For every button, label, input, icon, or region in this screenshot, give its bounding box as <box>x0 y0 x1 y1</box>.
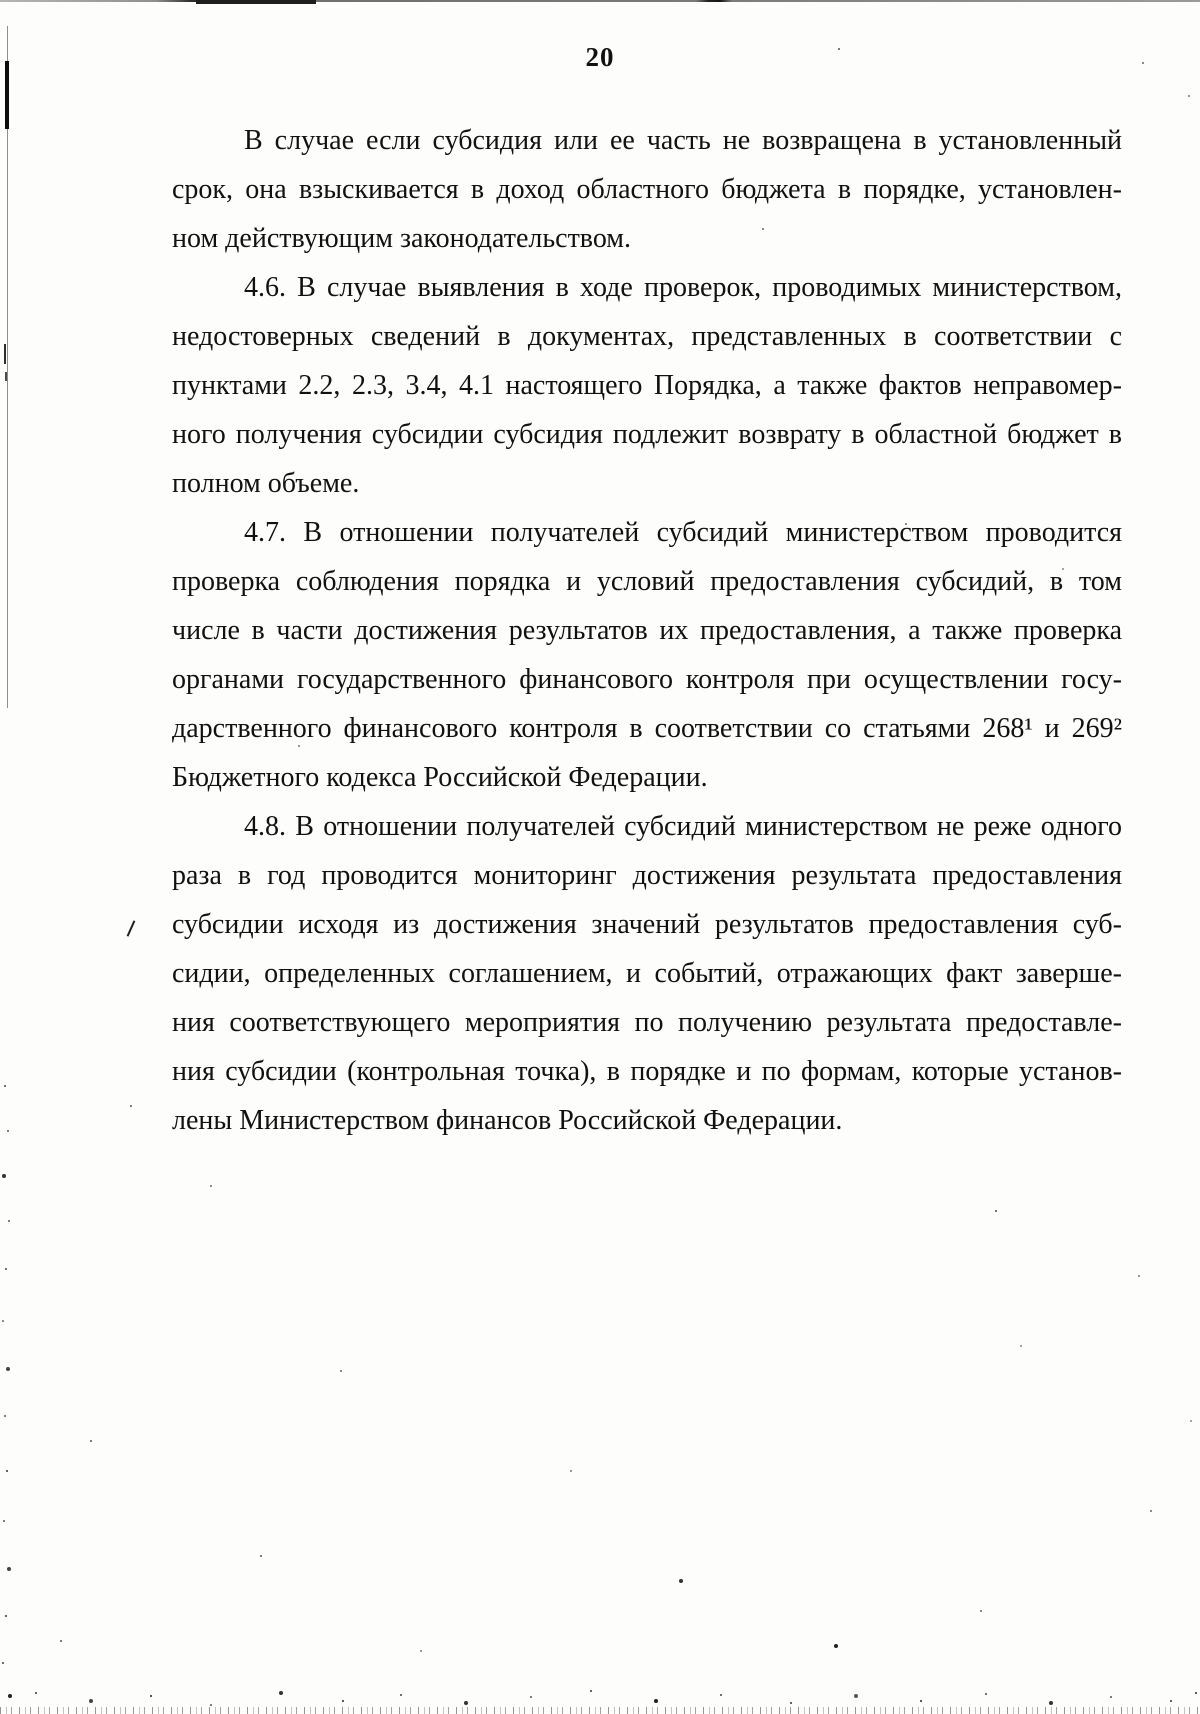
text-line: раза в год проводится мониторинг достиже… <box>172 851 1122 900</box>
text-line: срок, она взыскивается в доход областног… <box>172 165 1122 214</box>
document-page: 20 В случае если субсидия или ее часть н… <box>0 0 1200 1714</box>
text-line: дарственного финансового контроля в соот… <box>172 704 1122 753</box>
paragraph-4-8: 4.8. В отношении получателей субсидий ми… <box>172 802 1122 1145</box>
text-line: числе в части достижения результатов их … <box>172 606 1122 655</box>
text-line: В случае если субсидия или ее часть не в… <box>172 116 1122 165</box>
text-line: ния соответствующего мероприятия по полу… <box>172 998 1122 1047</box>
paragraph-4-6: 4.6. В случае выявления в ходе проверок,… <box>172 263 1122 508</box>
text-line: ния субсидии (контрольная точка), в поря… <box>172 1047 1122 1096</box>
text-line: 4.8. В отношении получателей субсидий ми… <box>172 802 1122 851</box>
text-line: Бюджетного кодекса Российской Федерации. <box>172 753 1122 802</box>
scan-artifact-top-border-dark-segment <box>196 0 316 4</box>
text-line: субсидии исходя из достижения значений р… <box>172 900 1122 949</box>
text-line: пунктами 2.2, 2.3, 3.4, 4.1 настоящего П… <box>172 361 1122 410</box>
text-line: проверка соблюдения порядка и условий пр… <box>172 557 1122 606</box>
scan-artifact-backslash-stroke <box>127 920 136 936</box>
scan-artifact-left-dash-small <box>5 372 7 381</box>
text-line: ном действующим законодательством. <box>172 214 1122 263</box>
text-line: полном объеме. <box>172 459 1122 508</box>
text-line: органами государственного финансового ко… <box>172 655 1122 704</box>
paragraph-intro: В случае если субсидия или ее часть не в… <box>172 116 1122 263</box>
scan-artifact-speckles <box>0 0 2 2</box>
text-line: сидии, определенных соглашением, и событ… <box>172 949 1122 998</box>
text-line: 4.7. В отношении получателей субсидий ми… <box>172 508 1122 557</box>
text-line: недостоверных сведений в документах, пре… <box>172 312 1122 361</box>
scan-artifact-left-dash <box>4 344 6 364</box>
page-number: 20 <box>0 42 1200 73</box>
paragraph-4-7: 4.7. В отношении получателей субсидий ми… <box>172 508 1122 802</box>
text-line: 4.6. В случае выявления в ходе проверок,… <box>172 263 1122 312</box>
document-text-block: В случае если субсидия или ее часть не в… <box>172 116 1122 1145</box>
text-line: лены Министерством финансов Российской Ф… <box>172 1096 1122 1145</box>
scan-artifact-bottom-noise-band <box>0 1707 1200 1714</box>
text-line: ного получения субсидии субсидия подлежи… <box>172 410 1122 459</box>
scan-artifact-top-border <box>0 0 1200 2</box>
